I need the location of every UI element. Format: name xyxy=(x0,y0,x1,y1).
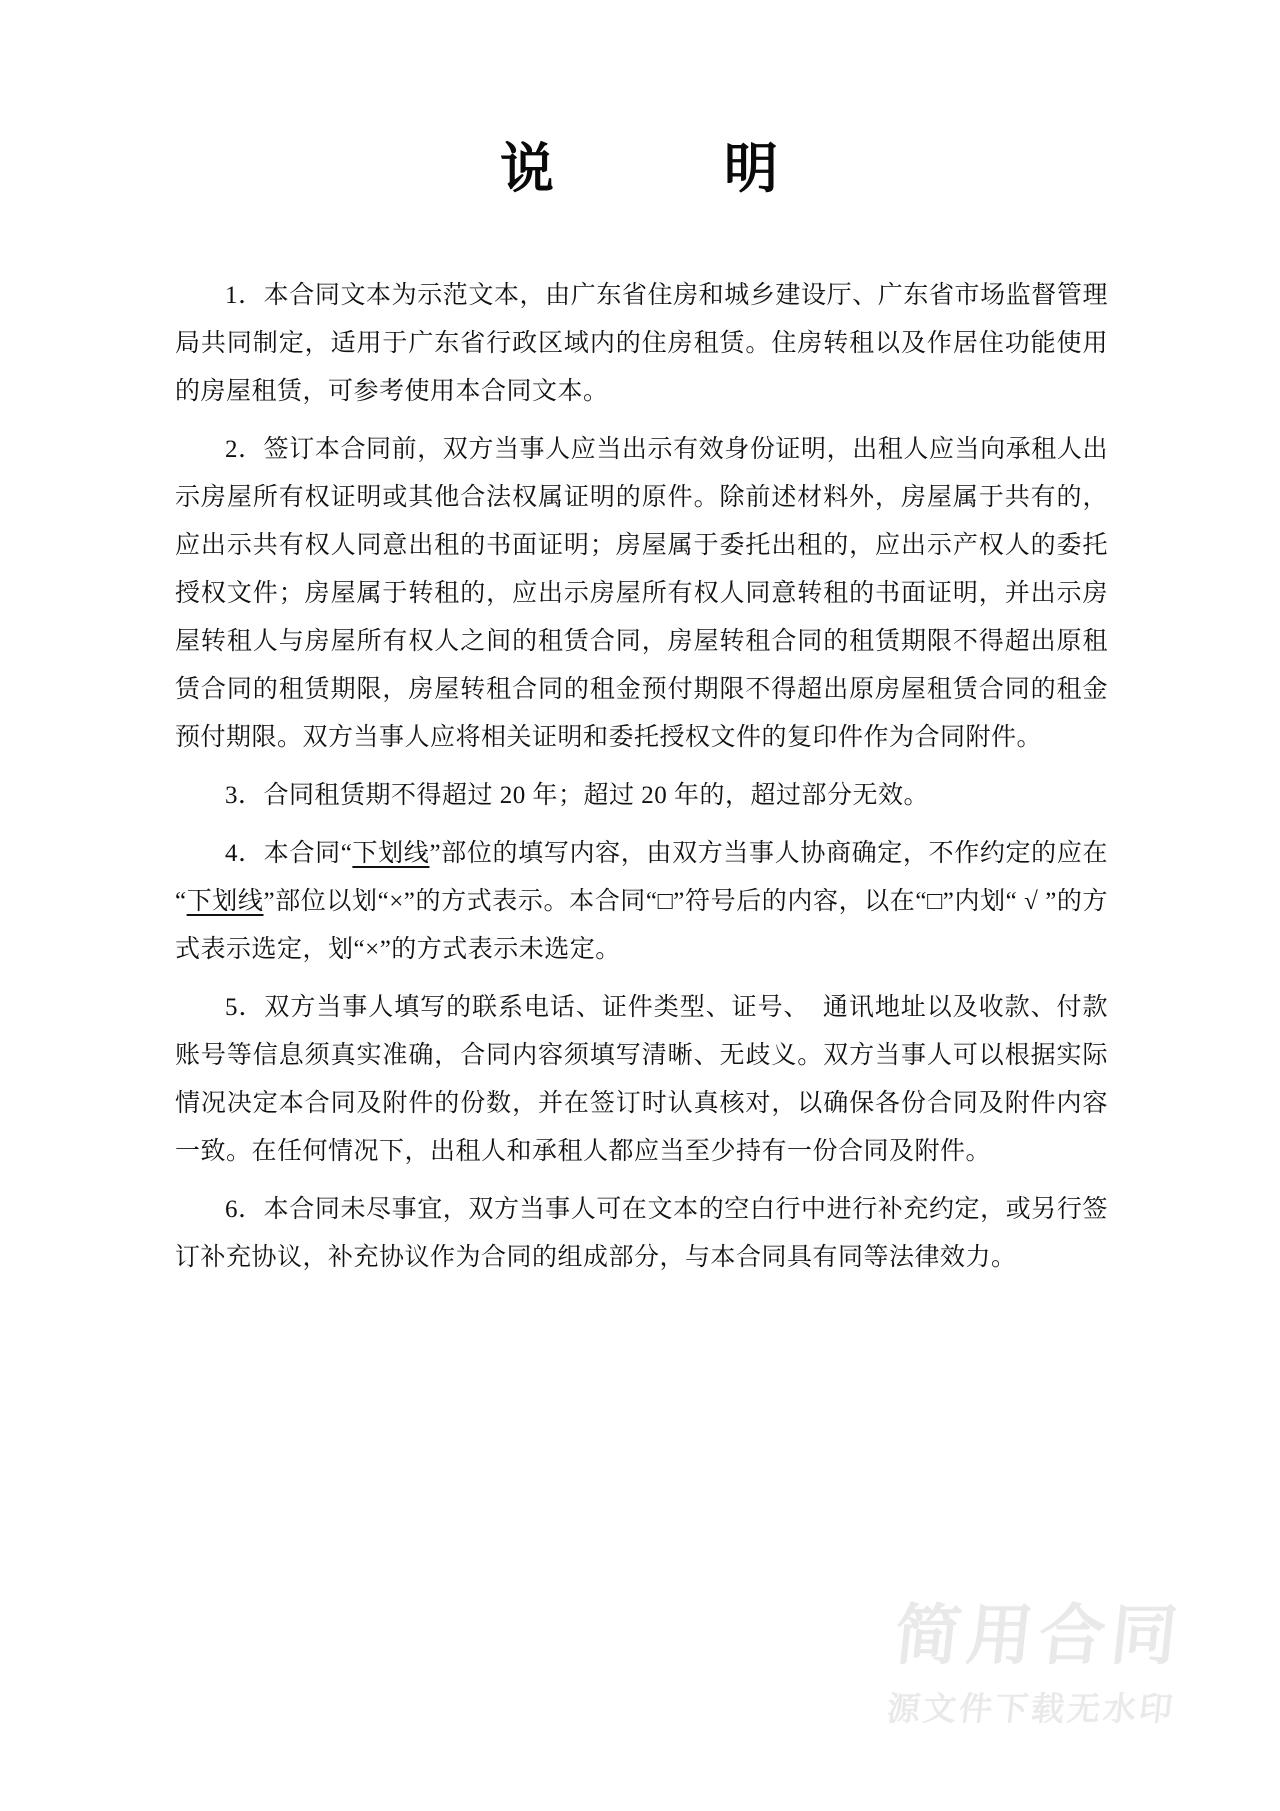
paragraph-4-underlined-term: 下划线 xyxy=(187,888,264,915)
watermark-brand-text: 简用合同 xyxy=(892,1602,1187,1668)
document-body: 1．本合同文本为示范文本，由广东省住房和城乡建设厅、广东省市场监督管理局共同制定… xyxy=(175,272,1108,1282)
document-page: 说 明 1．本合同文本为示范文本，由广东省住房和城乡建设厅、广东省市场监督管理局… xyxy=(0,0,1280,1811)
page-title: 说 明 xyxy=(0,0,1280,200)
paragraph-5: 5．双方当事人填写的联系电话、证件类型、证号、 通讯地址以及收款、付款账号等信息… xyxy=(175,984,1108,1176)
paragraph-4-segment: 4．本合同“ xyxy=(225,840,352,867)
paragraph-4-underlined-term: 下划线 xyxy=(352,840,429,867)
paragraph-1: 1．本合同文本为示范文本，由广东省住房和城乡建设厅、广东省市场监督管理局共同制定… xyxy=(175,272,1108,416)
watermark: 简用合同 源文件下载无水印 xyxy=(886,1602,1187,1725)
paragraph-2: 2．签订本合同前，双方当事人应当出示有效身份证明，出租人应当向承租人出示房屋所有… xyxy=(175,426,1108,762)
paragraph-3: 3．合同租赁期不得超过 20 年；超过 20 年的，超过部分无效。 xyxy=(175,772,1108,820)
paragraph-4-segment: ”部位以划“×”的方式表示。本合同“□”符号后的内容，以在“□”内划“ √ ”的… xyxy=(175,888,1108,963)
watermark-subtitle-text: 源文件下载无水印 xyxy=(886,1692,1177,1725)
paragraph-4: 4．本合同“下划线”部位的填写内容，由双方当事人协商确定，不作约定的应在“下划线… xyxy=(175,830,1108,974)
paragraph-6: 6．本合同未尽事宜，双方当事人可在文本的空白行中进行补充约定，或另行签订补充协议… xyxy=(175,1186,1108,1282)
